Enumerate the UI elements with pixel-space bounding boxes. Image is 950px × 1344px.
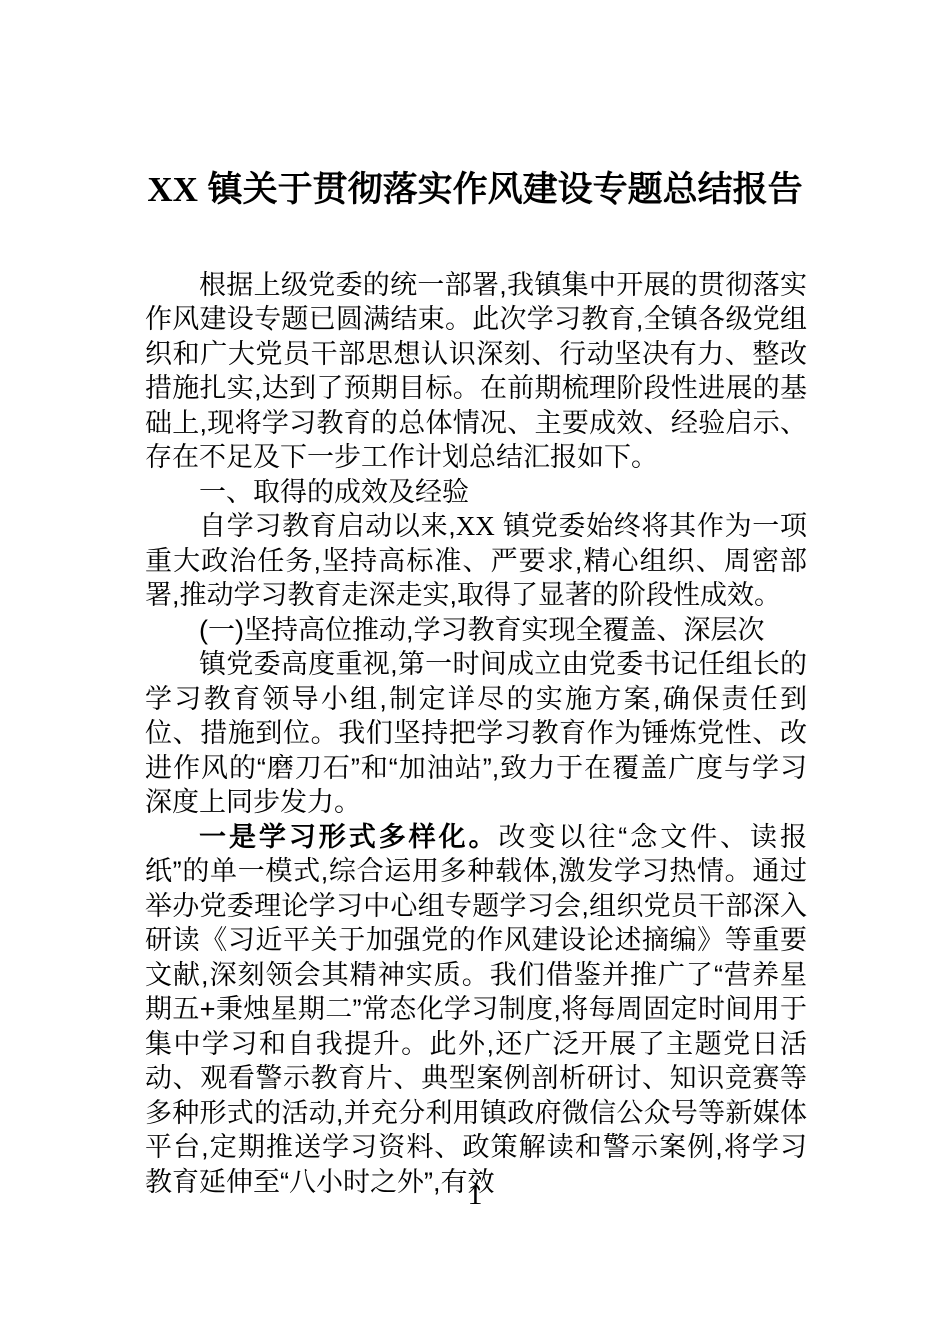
text-run: 根据上级党委的统一部署,我镇集中开展的贯彻落实作风建设专题已圆满结束。此次学习教… [145, 270, 807, 473]
document-title: XX 镇关于贯彻落实作风建设专题总结报告 [0, 0, 950, 212]
text-run: 镇党委高度重视,第一时间成立由党委书记任组长的学习教育领导小组,制定详尽的实施方… [145, 649, 807, 817]
paragraph-overview: 自学习教育启动以来,XX 镇党委始终将其作为一项重大政治任务,坚持高标准、严要求… [145, 509, 807, 613]
text-run: 自学习教育启动以来, [199, 511, 456, 541]
text-run-latin: XX [456, 511, 495, 541]
text-run: 一、取得的成效及经验 [199, 477, 469, 507]
document-page: XX 镇关于贯彻落实作风建设专题总结报告 根据上级党委的统一部署,我镇集中开展的… [0, 0, 950, 1344]
document-body: 根据上级党委的统一部署,我镇集中开展的贯彻落实作风建设专题已圆满结束。此次学习教… [145, 268, 807, 1200]
title-latin-prefix: XX [147, 170, 198, 209]
paragraph-intro: 根据上级党委的统一部署,我镇集中开展的贯彻落实作风建设专题已圆满结束。此次学习教… [145, 268, 807, 475]
text-run: 改变以往“念文件、读报纸”的单一模式,综合运用多种载体,激发学习热情。通过举办党… [145, 822, 807, 1197]
paragraph-learning-forms: 一是学习形式多样化。改变以往“念文件、读报纸”的单一模式,综合运用多种载体,激发… [145, 820, 807, 1200]
page-number: 1 [0, 1178, 950, 1211]
section-heading-achievements: 一、取得的成效及经验 [145, 475, 807, 510]
text-run-bold-lead: 一是学习形式多样化。 [199, 822, 499, 852]
paragraph-leadership-group: 镇党委高度重视,第一时间成立由党委书记任组长的学习教育领导小组,制定详尽的实施方… [145, 647, 807, 820]
subsection-heading-high-level-push: (一)坚持高位推动,学习教育实现全覆盖、深层次 [145, 613, 807, 648]
title-text: 镇关于贯彻落实作风建设专题总结报告 [198, 170, 803, 209]
text-run: (一)坚持高位推动,学习教育实现全覆盖、深层次 [199, 615, 764, 645]
